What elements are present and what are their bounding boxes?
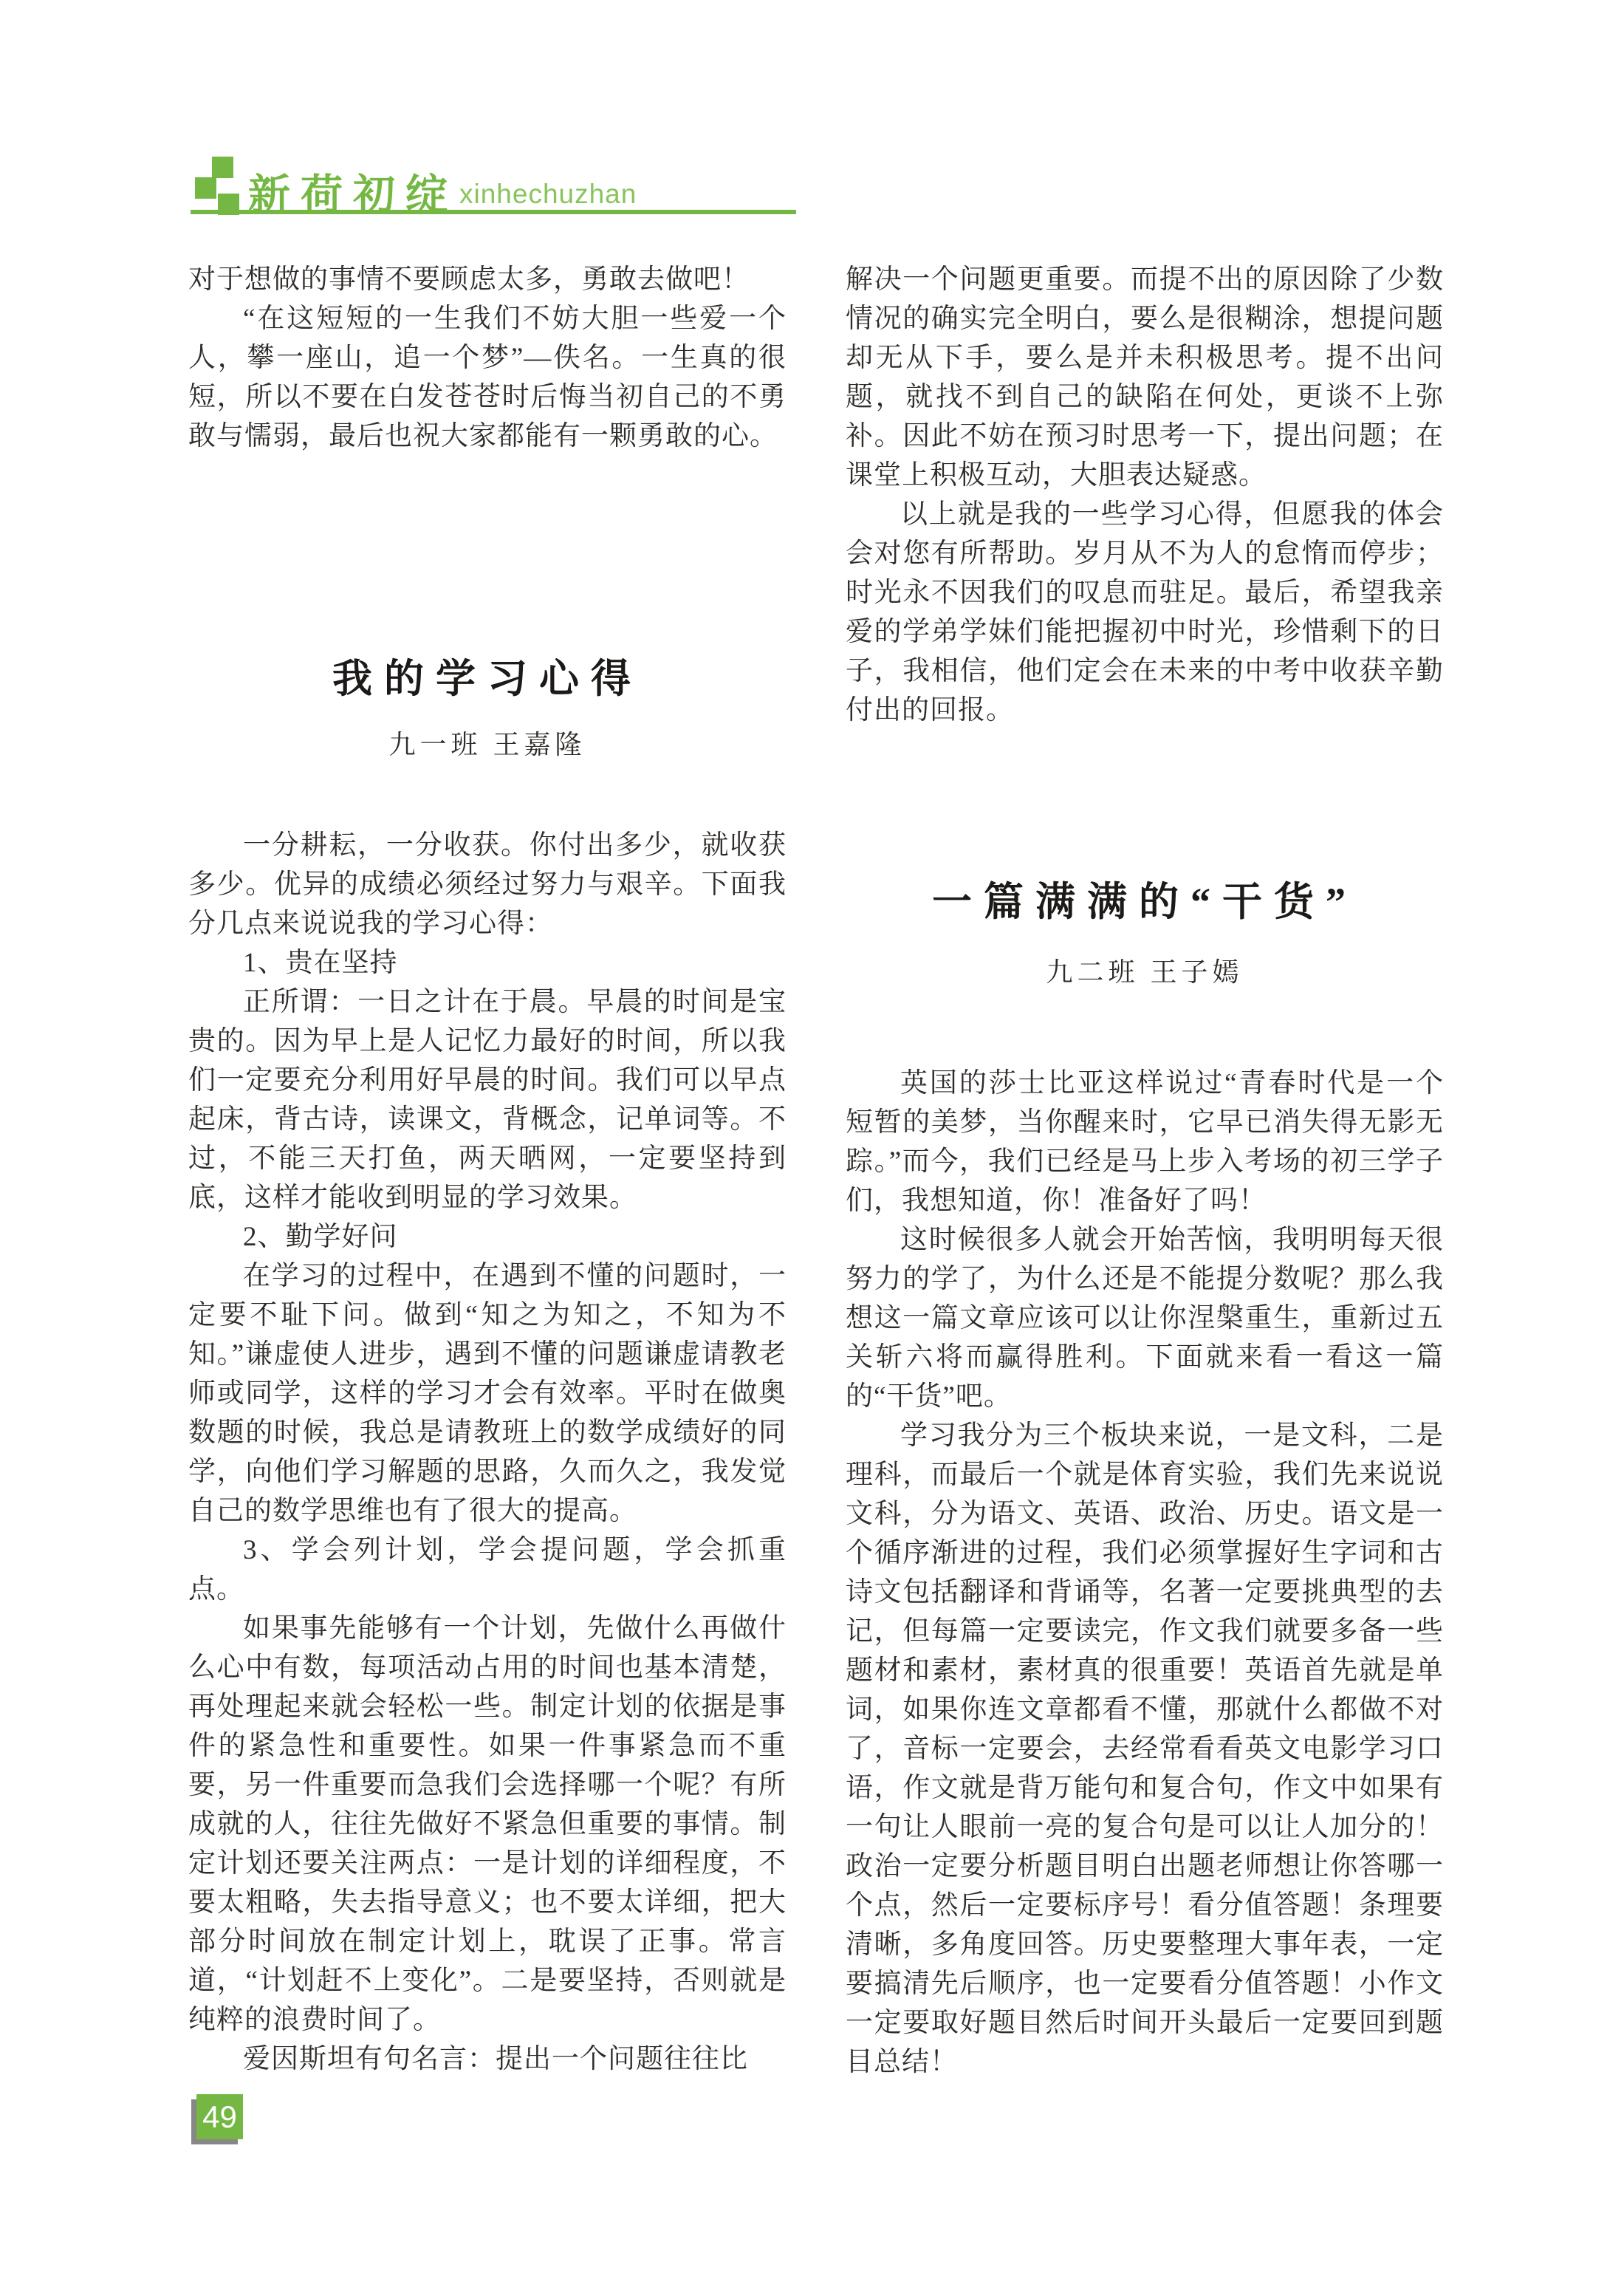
header-divider xyxy=(191,210,796,214)
article-1-author-block: 九一班 王嘉隆 xyxy=(188,724,787,762)
paragraph: 正所谓：一日之计在于晨。早晨的时间是宝贵的。因为早上是人记忆力最好的时间，所以我… xyxy=(188,982,787,1217)
article-2-title: 一篇满满的“干货” xyxy=(846,870,1444,927)
article-2-body: 英国的莎士比亚这样说过“青春时代是一个短暂的美梦，当你醒来时，它早已消失得无影无… xyxy=(846,1064,1444,2082)
paragraph: 解决一个问题更重要。而提不出的原因除了少数情况的确实完全明白，要么是很糊涂，想提… xyxy=(846,260,1444,495)
article-2-author-block: 九二班 王子嫣 xyxy=(846,951,1444,989)
logo-square-left xyxy=(195,177,216,199)
article-2-author: 九二班 王子嫣 xyxy=(846,951,1444,989)
paragraph: “在这短短的一生我们不妨大胆一些爱一个人，攀一座山，追一个梦”—佚名。一生真的很… xyxy=(188,299,787,456)
paragraph-heading: 2、勤学好问 xyxy=(188,1217,787,1257)
paragraph: 对于想做的事情不要顾虑太多，勇敢去做吧！ xyxy=(188,260,787,299)
paragraph: 在学习的过程中，在遇到不懂的问题时，一定要不耻下问。做到“知之为知之，不知为不知… xyxy=(188,1257,787,1531)
right-continuation-text: 解决一个问题更重要。而提不出的原因除了少数情况的确实完全明白，要么是很糊涂，想提… xyxy=(846,260,1444,730)
article-2-title-block: 一篇满满的“干货” xyxy=(846,870,1444,927)
paragraph: 学习我分为三个板块来说，一是文科，二是理科，而最后一个就是体育实验，我们先来说说… xyxy=(846,1416,1444,2082)
article-1-title: 我的学习心得 xyxy=(188,647,787,704)
article-1-title-block: 我的学习心得 xyxy=(188,647,787,704)
paragraph-heading: 3、学会列计划，学会提问题，学会抓重点。 xyxy=(188,1531,787,1609)
magazine-page: 新荷初绽 xinhechuzhan 对于想做的事情不要顾虑太多，勇敢去做吧！ “… xyxy=(0,0,1624,2270)
paragraph: 一分耕耘，一分收获。你付出多少，就收获多少。优异的成绩必须经过努力与艰辛。下面我… xyxy=(188,826,787,943)
paragraph: 以上就是我的一些学习心得，但愿我的体会会对您有所帮助。岁月从不为人的怠惰而停步；… xyxy=(846,495,1444,730)
logo-square-top xyxy=(212,157,233,178)
left-continuation-text: 对于想做的事情不要顾虑太多，勇敢去做吧！ “在这短短的一生我们不妨大胆一些爱一个… xyxy=(188,260,787,456)
paragraph: 爱因斯坦有句名言：提出一个问题往往比 xyxy=(188,2040,787,2079)
paragraph: 这时候很多人就会开始苦恼，我明明每天很努力的学了，为什么还是不能提分数呢？那么我… xyxy=(846,1220,1444,1416)
article-1-author: 九一班 王嘉隆 xyxy=(188,724,787,762)
paragraph: 英国的莎士比亚这样说过“青春时代是一个短暂的美梦，当你醒来时，它早已消失得无影无… xyxy=(846,1064,1444,1220)
paragraph: 如果事先能够有一个计划，先做什么再做什么心中有数，每项活动占用的时间也基本清楚，… xyxy=(188,1609,787,2040)
publication-subtitle: xinhechuzhan xyxy=(459,179,637,210)
paragraph-heading: 1、贵在坚持 xyxy=(188,943,787,982)
page-number: 49 xyxy=(202,2099,237,2135)
page-number-badge: 49 xyxy=(196,2094,243,2139)
article-1-body: 一分耕耘，一分收获。你付出多少，就收获多少。优异的成绩必须经过努力与艰辛。下面我… xyxy=(188,826,787,2079)
